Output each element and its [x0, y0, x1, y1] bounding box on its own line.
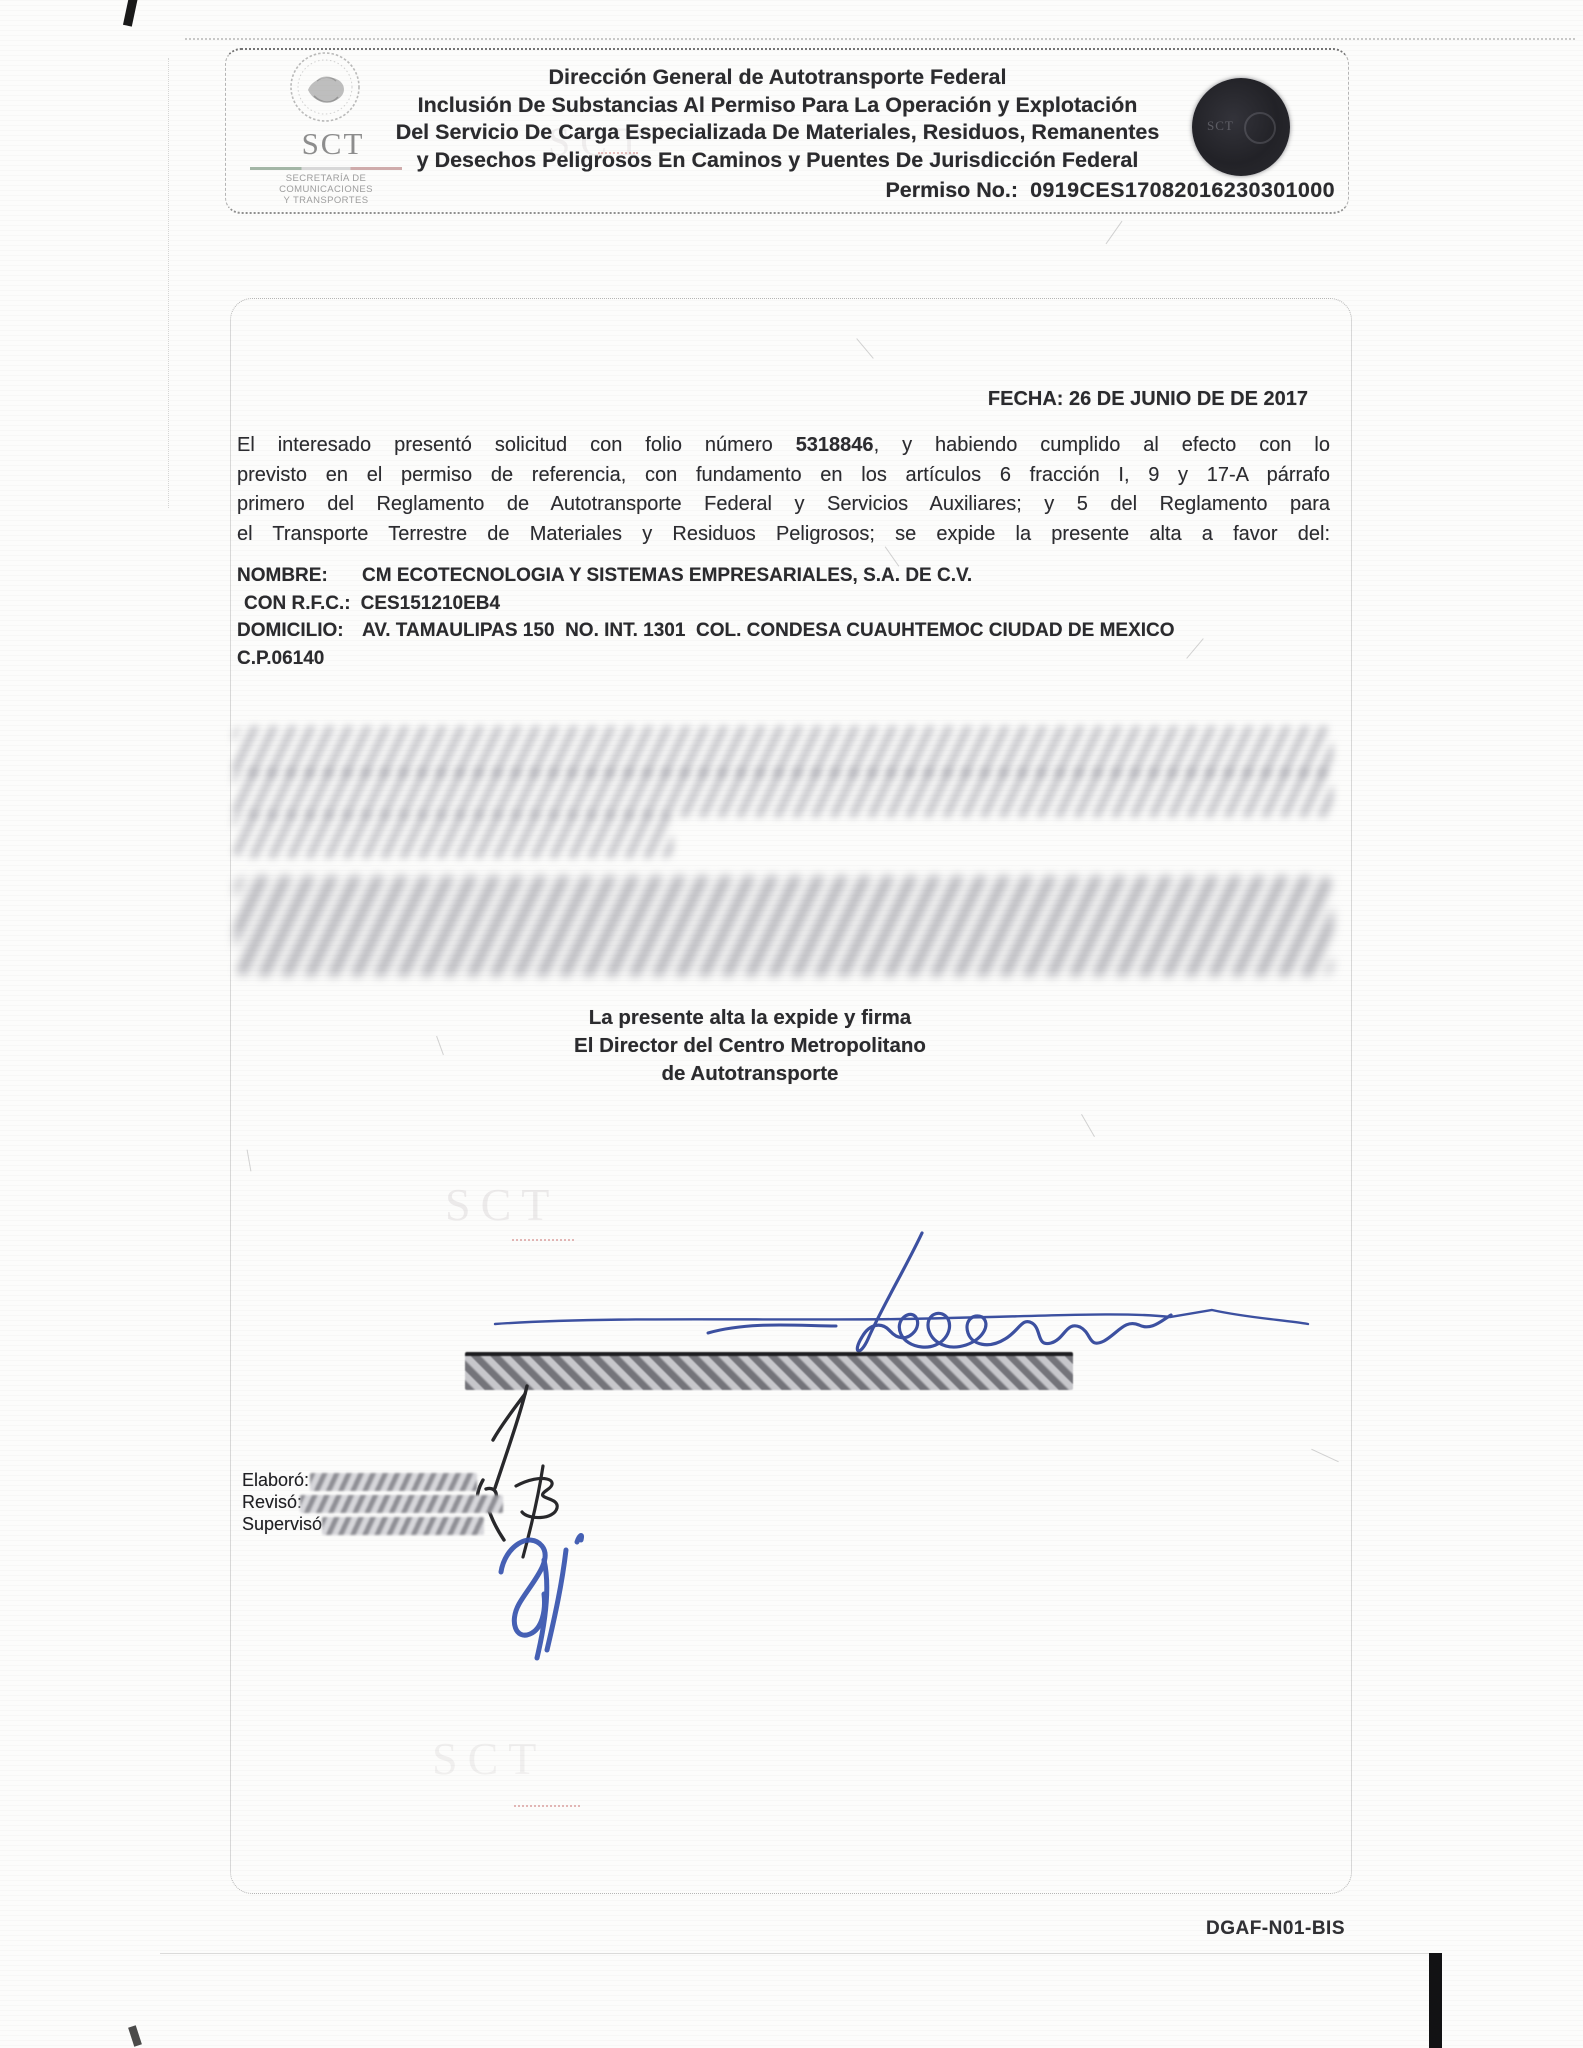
sct-caption-line: COMUNICACIONES [250, 184, 402, 195]
redaction-bar-superviso [322, 1517, 484, 1535]
redaction-bar-elaboro [310, 1473, 477, 1491]
scan-artifact [1106, 221, 1123, 245]
permit-number-line: Permiso No.:0919CES17082016230301000 [695, 178, 1335, 203]
superviso-label: Supervisó: [242, 1514, 327, 1535]
scan-artifact-left-edge [168, 58, 169, 508]
reviso-label: Revisó: [242, 1492, 302, 1513]
title-line-1: Dirección General de Autotransporte Fede… [305, 64, 1250, 92]
issuance-line-3: de Autotransporte [450, 1060, 1050, 1088]
rfc-value: CES151210EB4 [361, 593, 500, 614]
scan-red-dashes [514, 1805, 580, 1807]
issuance-line-2: El Director del Centro Metropolitano [450, 1032, 1050, 1060]
form-code: DGAF-N01-BIS [1085, 1918, 1345, 1940]
paragraph-line-3: primero del Reglamento de Autotransporte… [237, 490, 1330, 520]
recipient-name-line: NOMBRE:CM ECOTECNOLOGIA Y SISTEMAS EMPRE… [237, 562, 1337, 590]
address-value: AV. TAMAULIPAS 150 NO. INT. 1301 COL. CO… [362, 620, 1175, 641]
redaction-bar-reviso [300, 1495, 503, 1513]
main-paragraph: El interesado presentó solicitud con fol… [237, 431, 1330, 549]
elaboro-label: Elaboró: [242, 1470, 309, 1491]
stamp-inner-ring [1244, 112, 1276, 144]
paragraph-line-1: El interesado presentó solicitud con fol… [237, 431, 1330, 461]
name-value: CM ECOTECNOLOGIA Y SISTEMAS EMPRESARIALE… [362, 565, 972, 586]
redacted-blur-row [233, 769, 1333, 817]
recipient-address-line: DOMICILIO:AV. TAMAULIPAS 150 NO. INT. 13… [237, 617, 1337, 645]
sct-caption-line: Y TRANSPORTES [250, 195, 402, 206]
permit-number-label: Permiso No.: [885, 178, 1018, 202]
permit-number-value: 0919CES17082016230301000 [1030, 178, 1335, 202]
name-label: NOMBRE: [237, 562, 362, 590]
date-line: FECHA: 26 DE JUNIO DE DE 2017 [808, 388, 1308, 411]
paragraph-line-2: previsto en el permiso de referencia, co… [237, 461, 1330, 491]
stamp-sct-text: SCT [1207, 118, 1234, 134]
folio-number: 5318846 [796, 434, 874, 456]
recipient-block: NOMBRE:CM ECOTECNOLOGIA Y SISTEMAS EMPRE… [237, 562, 1337, 672]
paragraph-text: , y habiendo cumplido al efecto con lo [874, 434, 1330, 456]
handwritten-scribble-blue [485, 1498, 605, 1668]
address-label: DOMICILIO: [237, 617, 362, 645]
paragraph-line-4: el Transporte Terrestre de Materiales y … [237, 520, 1330, 550]
title-line-2: Inclusión De Substancias Al Permiso Para… [305, 92, 1250, 120]
scan-corner-mark-top-left [123, 0, 138, 27]
document-title: Dirección General de Autotransporte Fede… [305, 64, 1250, 174]
scanned-permit-document: SCT SECRETARÍA DE COMUNICACIONES Y TRANS… [0, 0, 1583, 2048]
redacted-blur-row [233, 812, 673, 858]
paragraph-text: El interesado presentó solicitud con fol… [237, 434, 796, 456]
scan-corner-mark-bottom-left [128, 2025, 142, 2046]
title-line-4: y Desechos Peligrosos En Caminos y Puent… [305, 147, 1250, 175]
issuance-statement: La presente alta la expide y firma El Di… [450, 1004, 1050, 1088]
issuance-line-1: La presente alta la expide y firma [450, 1004, 1050, 1032]
title-line-3: Del Servicio De Carga Especializada De M… [305, 119, 1250, 147]
recipient-postal-code: C.P.06140 [237, 645, 1337, 673]
scan-artifact-bottom-line [160, 1953, 1440, 1954]
recipient-rfc-line: CON R.F.C.:CES151210EB4 [237, 590, 1337, 618]
sct-ghost-watermark-middle: SCT [445, 1178, 559, 1231]
sct-logo-caption: SECRETARÍA DE COMUNICACIONES Y TRANSPORT… [250, 173, 402, 206]
scan-artifact-top-line [185, 38, 1575, 40]
redacted-blur-block [235, 876, 1333, 976]
ink-stamp-seal: SCT [1192, 78, 1290, 176]
rfc-label: CON R.F.C.: [244, 593, 351, 614]
scan-edge-bar-bottom-right [1429, 1953, 1442, 2048]
sct-caption-line: SECRETARÍA DE [250, 173, 402, 184]
sct-ghost-watermark-lower: SCT [432, 1732, 546, 1785]
